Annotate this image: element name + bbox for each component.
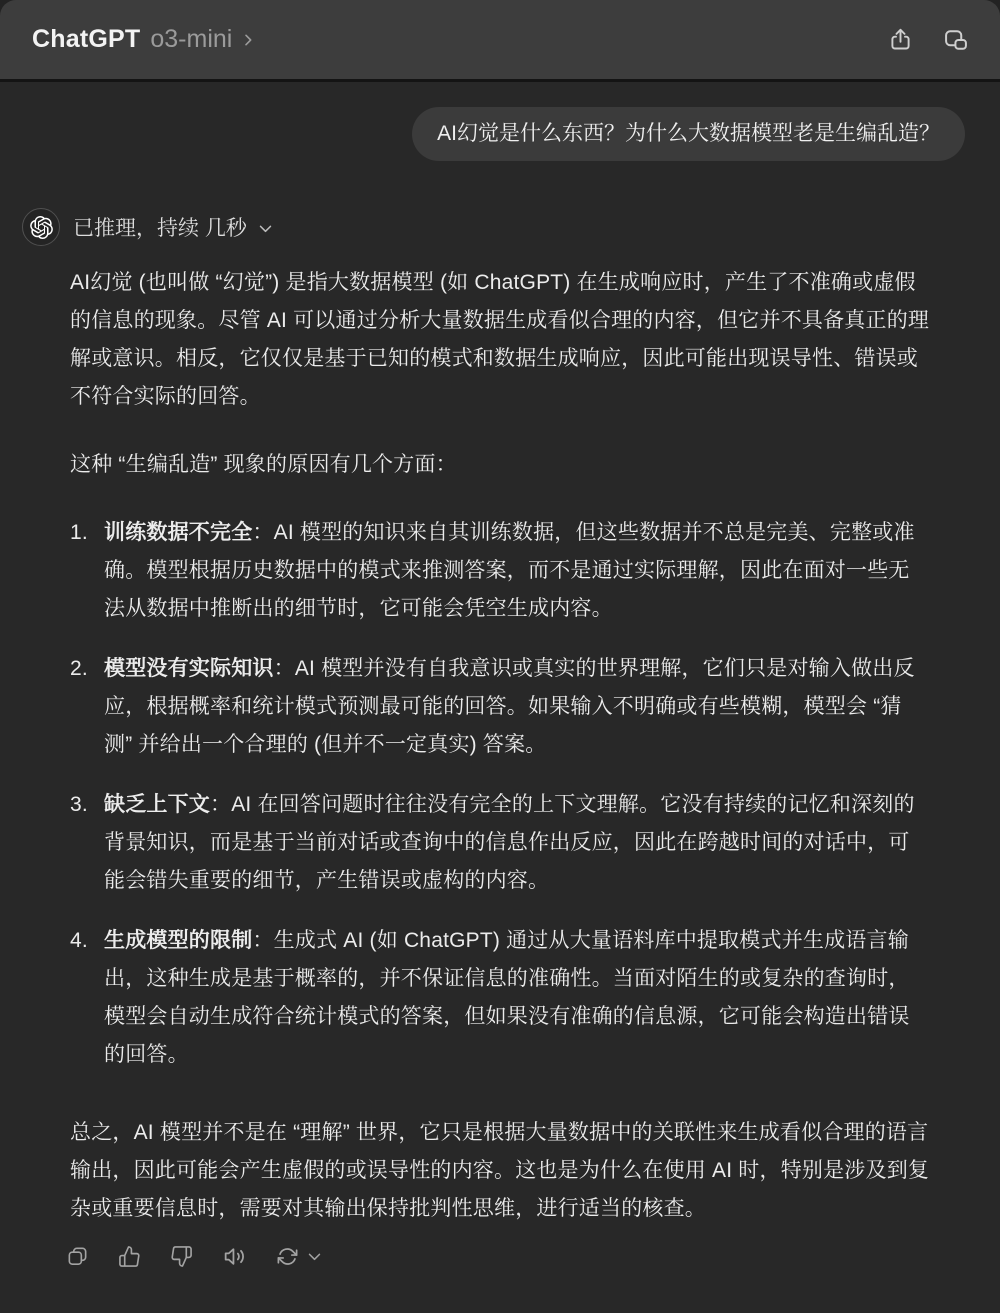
reasons-list: 1. 训练数据不完全：AI 模型的知识来自其训练数据，但这些数据并不总是完美、完… bbox=[70, 514, 930, 1074]
chevron-right-icon bbox=[240, 32, 256, 48]
new-window-button[interactable] bbox=[942, 26, 970, 54]
message-actions bbox=[66, 1244, 930, 1269]
regenerate-group bbox=[276, 1245, 323, 1268]
top-bar: ChatGPT o3-mini bbox=[0, 0, 1000, 82]
list-item: 4. 生成模型的限制：生成式 AI (如 ChatGPT) 通过从大量语料库中提… bbox=[70, 922, 930, 1074]
user-message-bubble: AI幻觉是什么东西？为什么大数据模型老是生编乱造？ bbox=[412, 107, 965, 161]
assistant-body: AI幻觉 (也叫做 “幻觉”) 是指大数据模型 (如 ChatGPT) 在生成响… bbox=[70, 264, 965, 1269]
openai-logo-icon bbox=[30, 216, 53, 239]
closing-paragraph: 总之，AI 模型并不是在 “理解” 世界，它只是根据大量数据中的关联性来生成看似… bbox=[70, 1114, 930, 1228]
assistant-header: 已推理，持续 几秒 bbox=[22, 208, 965, 246]
regenerate-options-button[interactable] bbox=[306, 1248, 323, 1265]
overlapping-windows-icon bbox=[942, 26, 970, 54]
list-item-separator: ： bbox=[252, 521, 273, 544]
conversation: AI幻觉是什么东西？为什么大数据模型老是生编乱造？ 已推理，持续 几秒 AI幻觉… bbox=[0, 82, 1000, 1313]
list-item-title: 训练数据不完全 bbox=[104, 521, 252, 544]
thumbs-up-icon bbox=[118, 1245, 141, 1268]
share-icon bbox=[887, 26, 914, 53]
assistant-avatar bbox=[22, 208, 60, 246]
app-title: ChatGPT bbox=[32, 25, 140, 54]
model-selector[interactable]: ChatGPT o3-mini bbox=[32, 25, 256, 54]
chevron-down-icon bbox=[306, 1248, 323, 1265]
intro-paragraph: AI幻觉 (也叫做 “幻觉”) 是指大数据模型 (如 ChatGPT) 在生成响… bbox=[70, 264, 930, 416]
reasons-heading: 这种 “生编乱造” 现象的原因有几个方面： bbox=[70, 446, 930, 484]
list-item: 2. 模型没有实际知识：AI 模型并没有自我意识或真实的世界理解，它们只是对输入… bbox=[70, 650, 930, 764]
list-number: 3. bbox=[70, 786, 104, 900]
list-item: 1. 训练数据不完全：AI 模型的知识来自其训练数据，但这些数据并不总是完美、完… bbox=[70, 514, 930, 628]
regenerate-icon bbox=[276, 1245, 299, 1268]
thumbs-down-button[interactable] bbox=[170, 1245, 193, 1268]
read-aloud-icon bbox=[222, 1244, 247, 1269]
chatgpt-window: ChatGPT o3-mini AI幻觉是什么东西？为什么大数据模型老是生编乱造… bbox=[0, 0, 1000, 1313]
model-name: o3-mini bbox=[150, 25, 232, 54]
copy-icon bbox=[66, 1245, 89, 1268]
list-item-separator: ： bbox=[252, 929, 273, 952]
list-number: 2. bbox=[70, 650, 104, 764]
reasoning-toggle[interactable]: 已推理，持续 几秒 bbox=[73, 212, 274, 242]
reasoning-label: 已推理，持续 几秒 bbox=[73, 212, 247, 242]
user-message-row: AI幻觉是什么东西？为什么大数据模型老是生编乱造？ bbox=[22, 107, 965, 161]
list-item-title: 缺乏上下文 bbox=[104, 793, 210, 816]
header-actions bbox=[887, 26, 970, 54]
list-item-separator: ： bbox=[274, 657, 295, 680]
list-number: 1. bbox=[70, 514, 104, 628]
assistant-message: 已推理，持续 几秒 AI幻觉 (也叫做 “幻觉”) 是指大数据模型 (如 Cha… bbox=[22, 208, 965, 1269]
share-button[interactable] bbox=[887, 26, 914, 53]
list-item-separator: ： bbox=[210, 793, 231, 816]
list-item-title: 生成模型的限制 bbox=[104, 929, 252, 952]
list-item: 3. 缺乏上下文：AI 在回答问题时往往没有完全的上下文理解。它没有持续的记忆和… bbox=[70, 786, 930, 900]
regenerate-button[interactable] bbox=[276, 1245, 299, 1268]
thumbs-down-icon bbox=[170, 1245, 193, 1268]
chevron-down-icon bbox=[257, 220, 274, 237]
copy-button[interactable] bbox=[66, 1245, 89, 1268]
list-number: 4. bbox=[70, 922, 104, 1074]
read-aloud-button[interactable] bbox=[222, 1244, 247, 1269]
thumbs-up-button[interactable] bbox=[118, 1245, 141, 1268]
list-item-title: 模型没有实际知识 bbox=[104, 657, 274, 680]
